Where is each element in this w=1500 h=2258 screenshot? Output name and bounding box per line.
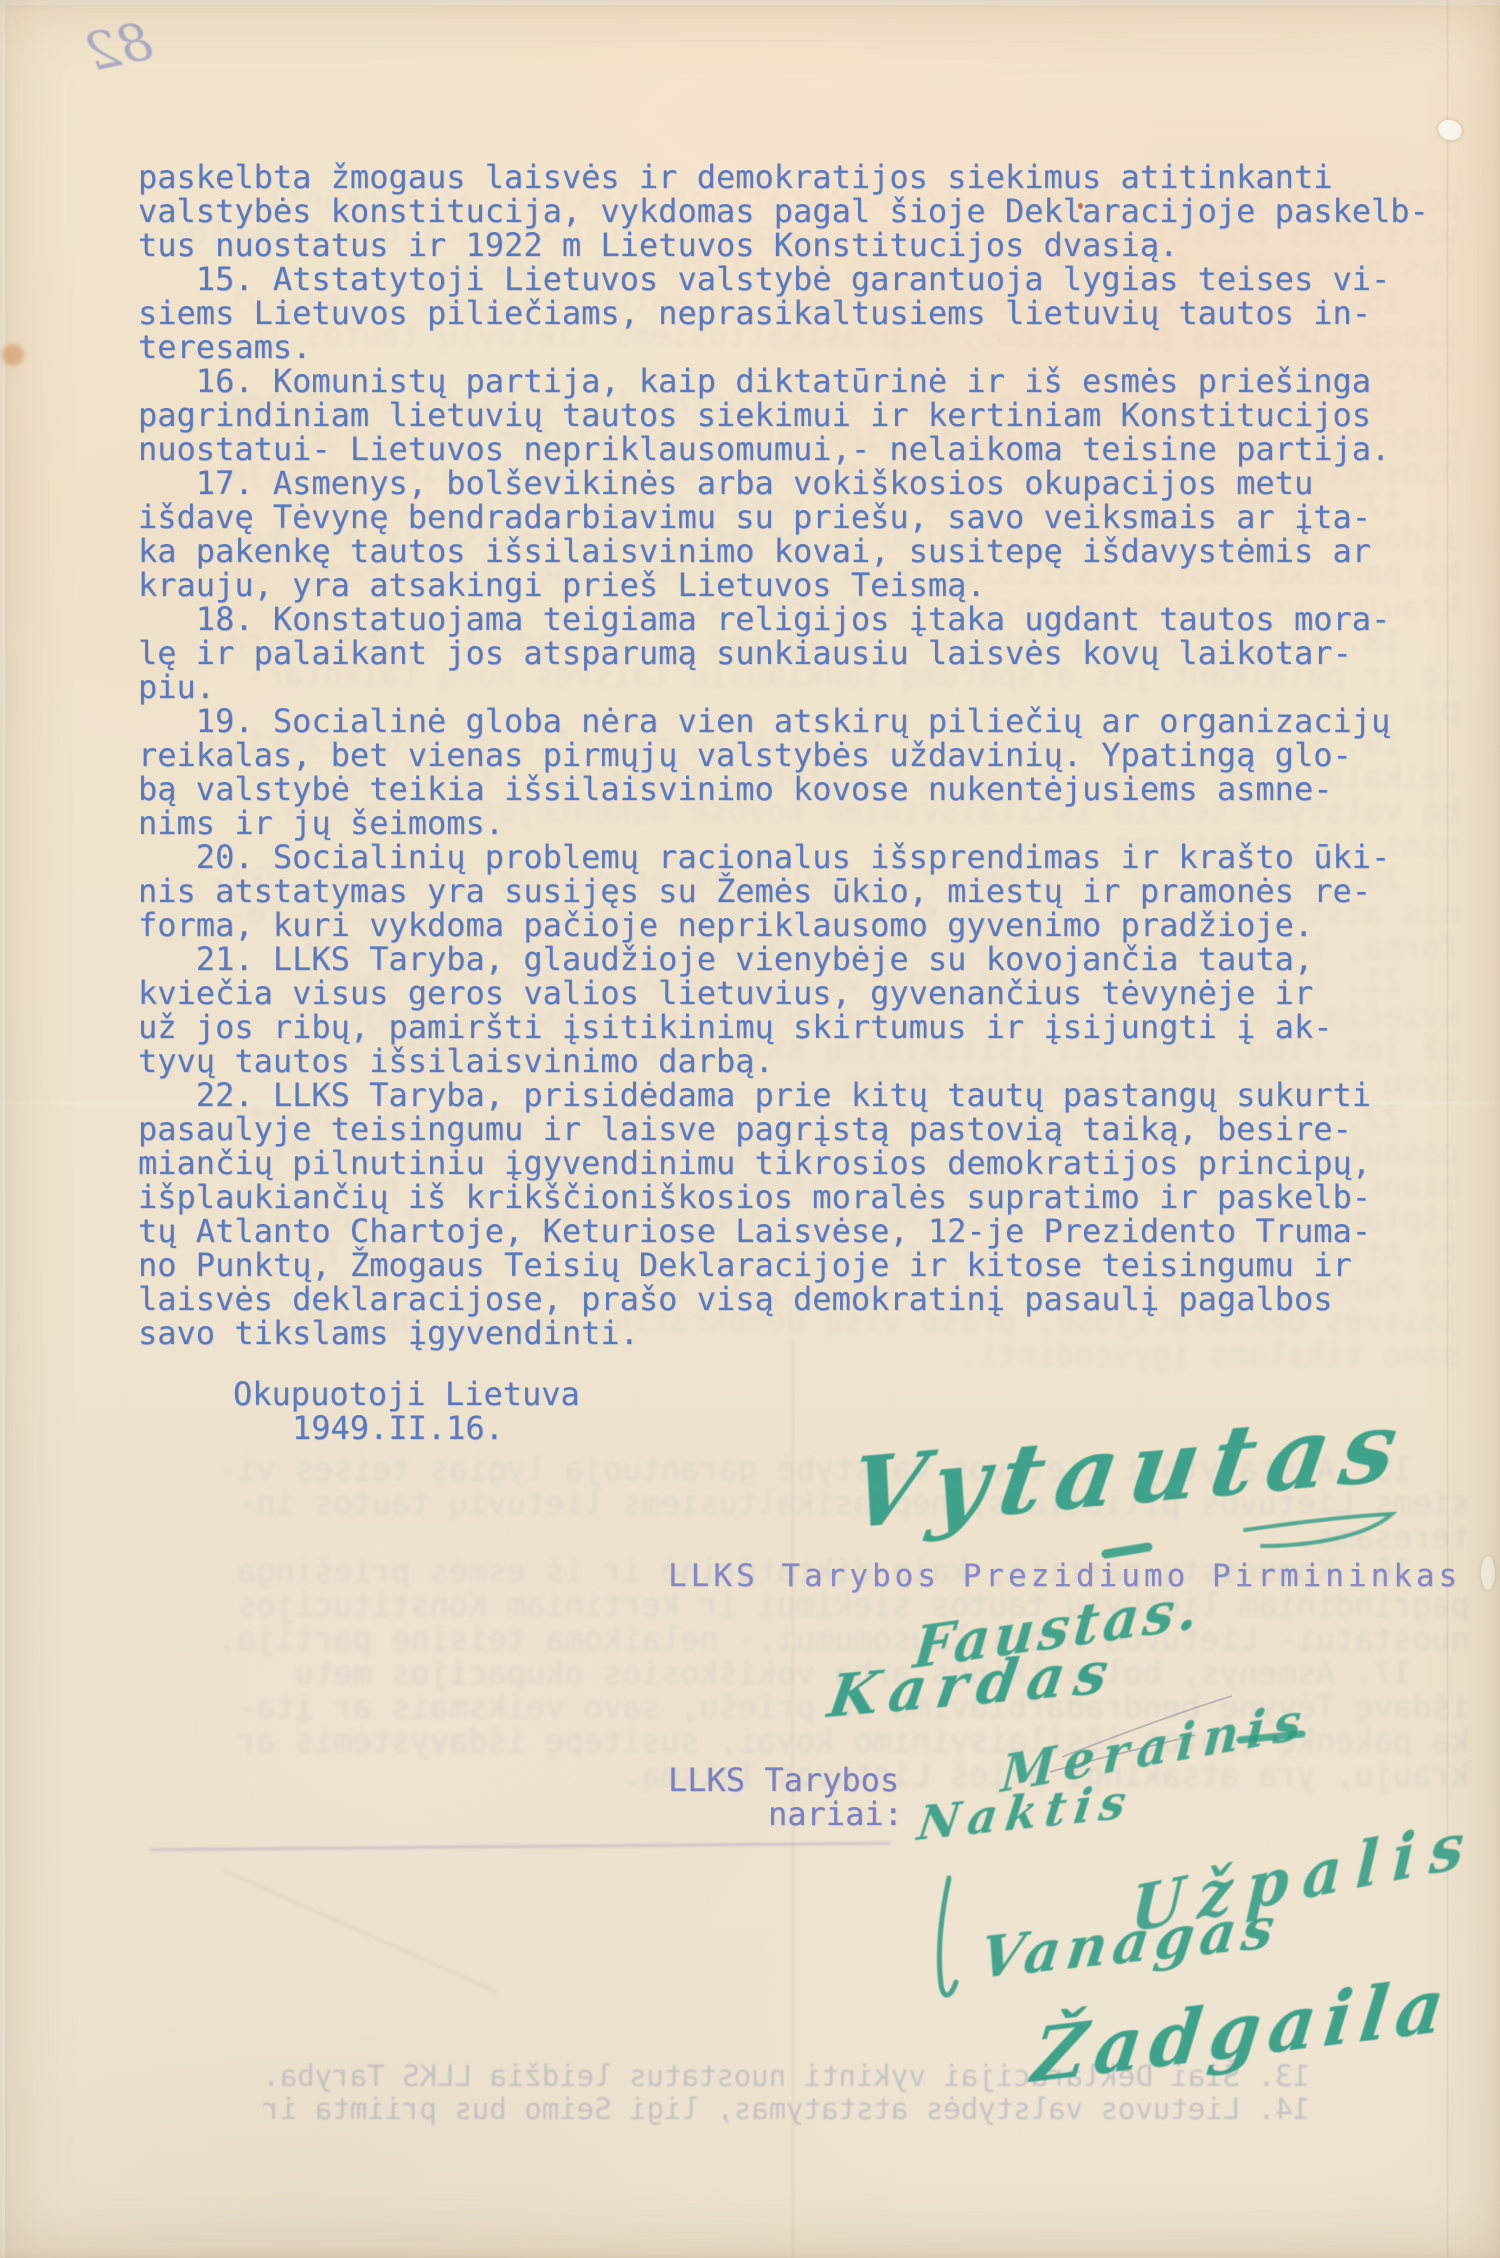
archive-number-handwritten: 82	[80, 12, 157, 84]
members-label-line2: nariai:	[768, 1797, 903, 1831]
document-page: paskelbta žmogaus laisvės ir demokratijo…	[0, 0, 1500, 2258]
place-line: Okupuotoji Lietuva	[233, 1377, 580, 1411]
paper-edge-top	[0, 0, 1500, 5]
vanagas-initial-stroke	[939, 1878, 956, 1995]
members-label-line1: LLKS Tarybos	[668, 1763, 899, 1797]
bleed-through-text-bottom: 13. Šiai Deklaracijai vykinti nuostatus …	[170, 2060, 1310, 2126]
faint-pencil-line	[150, 1842, 890, 1851]
chairman-title-line: LLKS Tarybos Prezidiumo Pirmininkas	[668, 1559, 1461, 1593]
bleed-through-text-middle: 15. Atstatytoji Lietuvos valstybė garant…	[150, 1452, 1470, 1792]
paper-wrinkle	[223, 1869, 498, 1993]
paper-damage-spot	[1435, 116, 1464, 143]
date-line: 1949.II.16.	[292, 1411, 504, 1445]
declaration-body-text: paskelbta žmogaus laisvės ir demokratijo…	[138, 160, 1429, 1350]
signature-uzpalis: Užpalis	[1129, 1805, 1479, 1947]
paper-stain	[2, 344, 24, 366]
paper-damage-spot	[1481, 1556, 1495, 1590]
signature-vanagas: Vanagas	[976, 1894, 1284, 1992]
paper-edge-left	[0, 0, 5, 2258]
